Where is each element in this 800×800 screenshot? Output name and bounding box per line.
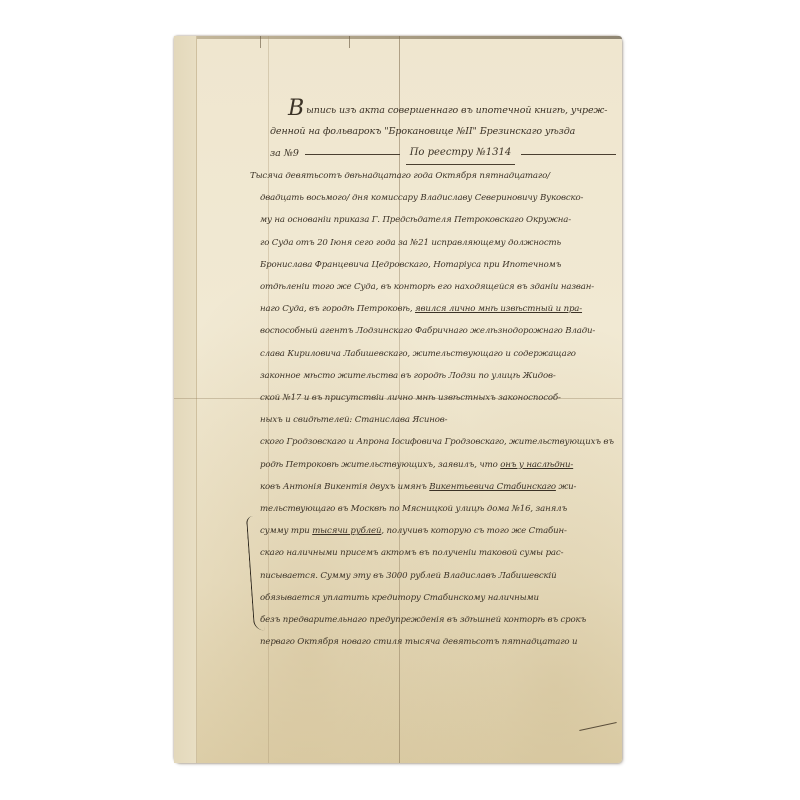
body-line: скаго наличными присемъ актомъ въ получе… — [260, 542, 616, 564]
body-line: воспособный агентъ Лодзинскаго Фабричнаг… — [260, 320, 616, 342]
body-line: отдѣленіи того же Суда, въ конторѣ его н… — [260, 276, 616, 298]
dash-rule — [521, 154, 616, 155]
body-line: сумму три тысячи рублей, получивъ котору… — [260, 520, 616, 542]
heading-initial: В — [288, 98, 304, 121]
body-line: ныхъ и свидѣтелей: Станислава Ясинов- — [260, 409, 616, 431]
left-margin-strip — [174, 36, 197, 763]
body-line: двадцать восьмого/ дня комиссару Владисл… — [260, 187, 616, 209]
entry-number: за №9 — [270, 143, 299, 164]
registry-line: за №9 По реестру №1314 — [260, 142, 616, 165]
registry-number: По реестру №1314 — [406, 142, 516, 165]
body-line: писывается. Сумму эту въ 3000 рублей Вла… — [260, 565, 616, 587]
body-line: ской №17 и въ присутствіи лично мнѣ извѣ… — [260, 387, 616, 409]
document-page: Выпись изъ акта совершеннаго въ ипотечно… — [174, 36, 622, 763]
body-line: законное мѣсто жительства въ городѣ Лодз… — [260, 365, 616, 387]
edge-tear — [260, 36, 261, 48]
edge-tear — [349, 36, 350, 48]
body-line: слава Кириловича Лабишевскаго, жительств… — [260, 343, 616, 365]
body-line: перваго Октября новаго стиля тысяча девя… — [260, 631, 616, 653]
heading-line-1: Выпись изъ акта совершеннаго въ ипотечно… — [260, 98, 616, 121]
heading-line-2: денной на фольварокъ "Брокановице №II" Б… — [260, 121, 616, 142]
handwritten-text: Выпись изъ акта совершеннаго въ ипотечно… — [260, 98, 616, 653]
body-line: родѣ Петроковѣ жительствующихъ, заявилъ,… — [260, 454, 616, 476]
body-line: наго Суда, въ городѣ Петроковѣ, явился л… — [260, 298, 616, 320]
underlined-phrase: онъ у наслѣдни- — [500, 460, 573, 470]
dash-rule — [305, 154, 400, 155]
body-line: обязывается уплатить кредитору Стабинско… — [260, 587, 616, 609]
closing-stroke-mark — [579, 722, 616, 731]
body-line: Тысяча девятьсотъ двѣнадцатаго года Октя… — [250, 165, 616, 187]
body-line: Бронислава Францевича Цедровскаго, Нотар… — [260, 254, 616, 276]
underlined-phrase: явился лично мнѣ извѣстный и пра- — [415, 304, 582, 314]
body-line: го Суда отъ 20 Іюня сего года за №21 исп… — [260, 232, 616, 254]
body-line: безъ предварительнаго предупрежденія въ … — [260, 609, 616, 631]
body-line: тельствующаго въ Москвѣ по Мясницкой ули… — [260, 498, 616, 520]
body-line: ковъ Антонія Викентія двухъ имянъ Викент… — [260, 476, 616, 498]
body-line: му на основаніи приказа Г. Предсѣдателя … — [260, 209, 616, 231]
underlined-phrase: тысячи рублей — [312, 526, 381, 536]
underlined-phrase: Викентьевича Стабинскаго — [429, 482, 556, 492]
body-text: Тысяча девятьсотъ двѣнадцатаго года Октя… — [260, 165, 616, 653]
body-line: ского Гродзовскаго и Апрона Іосифовича Г… — [260, 431, 616, 453]
